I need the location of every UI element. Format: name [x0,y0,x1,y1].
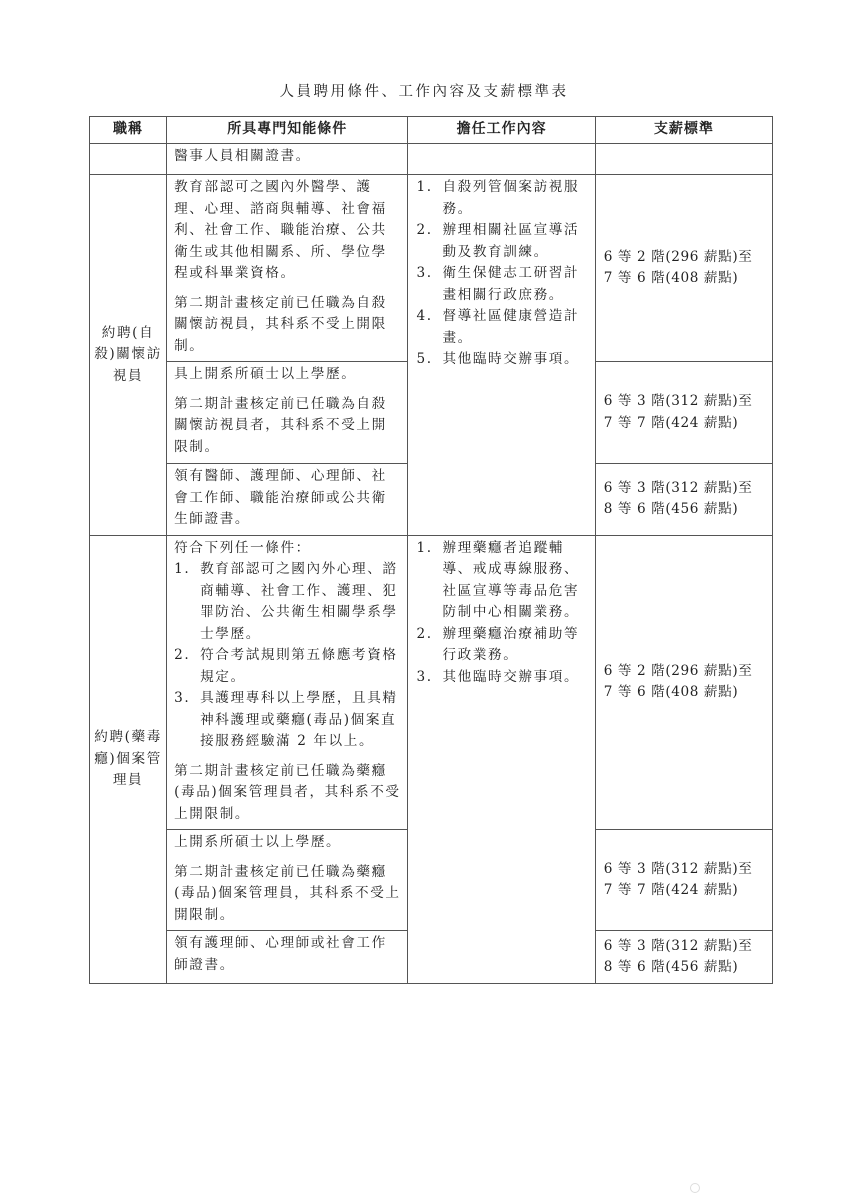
duties-cell: 1.辦理藥癮者追蹤輔導、戒成專線服務、社區宣導等毒品危害防制中心相關業務。 2.… [408,535,595,984]
scan-speck [690,1183,700,1193]
staffing-table: 職稱 所具專門知能條件 擔任工作內容 支薪標準 醫事人員相關證書。 約聘(自殺)… [89,116,773,984]
salary-from: 6 等 3 階(312 薪點)至 [604,478,766,500]
salary-cell: 6 等 3 階(312 薪點)至 8 等 6 階(456 薪點) [595,931,772,984]
salary-cell-empty [595,144,772,175]
requirements-cell: 教育部認可之國內外醫學、護理、心理、諮商與輔導、社會福利、社會工作、職能治療、公… [167,175,408,362]
list-item: 2.符合考試規則第五條應考資格規定。 [174,645,401,688]
requirement-intro: 符合下列任一條件： [174,538,401,560]
duties-cell-empty [408,144,595,175]
requirements-cell: 上開系所碩士以上學歷。 第二期計畫核定前已任職為藥癮(毒品)個案管理員，其科系不… [167,830,408,931]
table-row-continuation: 醫事人員相關證書。 [90,144,773,175]
salary-to: 7 等 6 階(408 薪點) [604,682,766,704]
requirements-list: 1.教育部認可之國內外心理、諮商輔導、社會工作、護理、犯罪防治、公共衛生相關學系… [174,559,401,753]
list-item: 2.辦理相關社區宣導活動及教育訓練。 [416,220,588,263]
list-item: 1.自殺列管個案訪視服務。 [416,177,588,220]
list-item: 3.其他臨時交辦事項。 [416,667,588,689]
job-title-cell: 約聘(自殺)關懷訪視員 [90,175,167,536]
list-item: 1.辦理藥癮者追蹤輔導、戒成專線服務、社區宣導等毒品危害防制中心相關業務。 [416,538,588,624]
requirements-cell: 醫事人員相關證書。 [167,144,408,175]
requirements-cell: 具上開系所碩士以上學歷。 第二期計畫核定前已任職為自殺關懷訪視員者，其科系不受上… [167,362,408,464]
salary-from: 6 等 3 階(312 薪點)至 [604,391,766,413]
duties-cell: 1.自殺列管個案訪視服務。 2.辦理相關社區宣導活動及教育訓練。 3.衛生保健志… [408,175,595,536]
list-item: 2.辦理藥癮治療補助等行政業務。 [416,624,588,667]
table-row: 約聘(自殺)關懷訪視員 教育部認可之國內外醫學、護理、心理、諮商與輔導、社會福利… [90,175,773,362]
salary-from: 6 等 2 階(296 薪點)至 [604,661,766,683]
document-title: 人員聘用條件、工作內容及支薪標準表 [0,80,848,101]
salary-from: 6 等 2 階(296 薪點)至 [604,247,766,269]
duties-list: 1.自殺列管個案訪視服務。 2.辦理相關社區宣導活動及教育訓練。 3.衛生保健志… [416,177,588,371]
salary-cell: 6 等 3 階(312 薪點)至 7 等 7 階(424 薪點) [595,830,772,931]
salary-cell: 6 等 3 階(312 薪點)至 7 等 7 階(424 薪點) [595,362,772,464]
requirements-cell: 領有醫師、護理師、心理師、社會工作師、職能治療師或公共衛生師證書。 [167,464,408,536]
header-duties: 擔任工作內容 [408,117,595,144]
requirement-note: 第二期計畫核定前已任職為藥癮(毒品)個案管理員，其科系不受上開限制。 [174,862,401,927]
requirement-text: 教育部認可之國內外醫學、護理、心理、諮商與輔導、社會福利、社會工作、職能治療、公… [174,177,401,285]
title-cell-empty [90,144,167,175]
requirement-text: 具上開系所碩士以上學歷。 [174,364,401,386]
header-requirements: 所具專門知能條件 [167,117,408,144]
requirements-cell: 領有護理師、心理師或社會工作師證書。 [167,931,408,984]
duties-list: 1.辦理藥癮者追蹤輔導、戒成專線服務、社區宣導等毒品危害防制中心相關業務。 2.… [416,538,588,689]
salary-from: 6 等 3 階(312 薪點)至 [604,859,766,881]
requirement-note: 第二期計畫核定前已任職為藥癮(毒品)個案管理員者，其科系不受上開限制。 [174,761,401,826]
list-item: 3.具護理專科以上學歷，且具精神科護理或藥癮(毒品)個案直接服務經驗滿 2 年以… [174,688,401,753]
salary-to: 7 等 7 階(424 薪點) [604,413,766,435]
salary-to: 7 等 7 階(424 薪點) [604,880,766,902]
requirement-note: 第二期計畫核定前已任職為自殺關懷訪視員，其科系不受上開限制。 [174,293,401,358]
requirement-text: 領有醫師、護理師、心理師、社會工作師、職能治療師或公共衛生師證書。 [174,466,401,531]
requirement-text: 上開系所碩士以上學歷。 [174,832,401,854]
job-title-cell: 約聘(藥毒癮)個案管理員 [90,535,167,984]
list-item: 4.督導社區健康營造計畫。 [416,306,588,349]
salary-to: 8 等 6 階(456 薪點) [604,957,766,979]
requirement-text: 領有護理師、心理師或社會工作師證書。 [174,933,401,976]
header-salary: 支薪標準 [595,117,772,144]
salary-cell: 6 等 2 階(296 薪點)至 7 等 6 階(408 薪點) [595,535,772,830]
table-header-row: 職稱 所具專門知能條件 擔任工作內容 支薪標準 [90,117,773,144]
job-title: 約聘(自殺)關懷訪視員 [94,325,162,384]
requirement-text: 醫事人員相關證書。 [174,146,401,168]
requirements-cell: 符合下列任一條件： 1.教育部認可之國內外心理、諮商輔導、社會工作、護理、犯罪防… [167,535,408,830]
list-item: 3.衛生保健志工研習計畫相關行政庶務。 [416,263,588,306]
list-item: 5.其他臨時交辦事項。 [416,349,588,371]
requirement-note: 第二期計畫核定前已任職為自殺關懷訪視員者，其科系不受上開限制。 [174,394,401,459]
salary-from: 6 等 3 階(312 薪點)至 [604,936,766,958]
header-title: 職稱 [90,117,167,144]
salary-cell: 6 等 2 階(296 薪點)至 7 等 6 階(408 薪點) [595,175,772,362]
list-item: 1.教育部認可之國內外心理、諮商輔導、社會工作、護理、犯罪防治、公共衛生相關學系… [174,559,401,645]
salary-to: 8 等 6 階(456 薪點) [604,499,766,521]
table-row: 約聘(藥毒癮)個案管理員 符合下列任一條件： 1.教育部認可之國內外心理、諮商輔… [90,535,773,830]
salary-to: 7 等 6 階(408 薪點) [604,268,766,290]
job-title: 約聘(藥毒癮)個案管理員 [94,729,162,788]
salary-cell: 6 等 3 階(312 薪點)至 8 等 6 階(456 薪點) [595,464,772,536]
